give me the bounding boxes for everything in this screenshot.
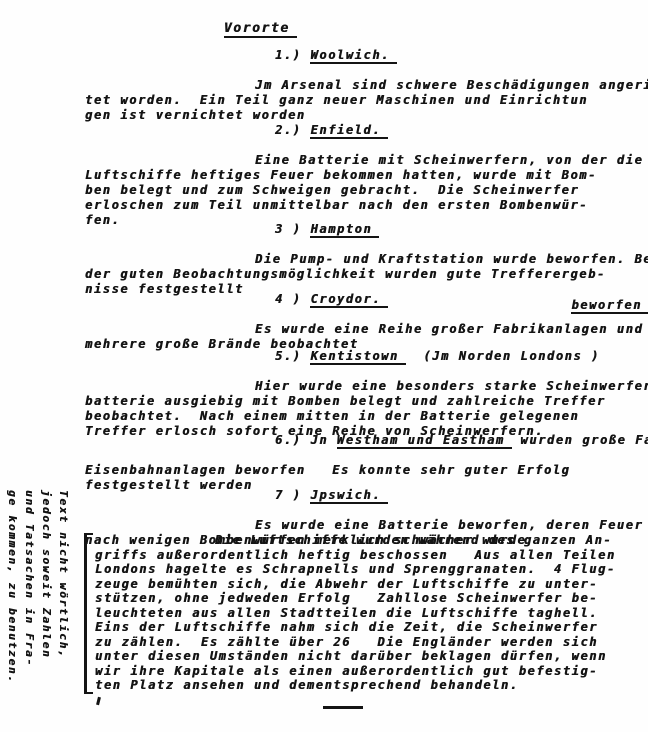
end-rule <box>323 706 363 709</box>
body-line: Die Luftschiffe wurden während des ganze… <box>215 533 648 548</box>
section-number: 7 ) <box>275 488 301 502</box>
section-heading-text: Jpswich. <box>310 488 388 504</box>
body-line: ten Platz ansehen und dementsprechend be… <box>95 678 648 693</box>
section-number: 4 ) <box>275 292 301 306</box>
margin-note-line: ge kommen, zu benutzen. <box>4 490 21 730</box>
document-page: Vororte 1.)Woolwich. Jm Arsenal sind sch… <box>0 0 648 732</box>
body-line: ben belegt und zum Schweigen gebracht. D… <box>85 183 648 198</box>
margin-note: Text nicht wörtlich, jedoch soweit Zahle… <box>0 490 72 730</box>
insertion-annotation: beworfen <box>536 283 648 328</box>
left-bracket <box>84 533 93 694</box>
section-number: 6.) <box>275 433 301 447</box>
body-line: Jm Arsenal sind schwere Beschädigungen a… <box>255 78 648 93</box>
section-heading-text: Woolwich. <box>310 48 396 64</box>
margin-note-line: und Tatsachen in Fra- <box>21 490 38 730</box>
stray-ink-mark <box>96 697 101 705</box>
margin-note-line: Text nicht wörtlich, <box>55 490 72 730</box>
run-in-prefix: Jn <box>310 433 336 447</box>
section-number: 2.) <box>275 123 301 137</box>
section-heading-text: Enfield. <box>310 123 388 139</box>
body-line: leuchteten aus allen Stadtteilen die Luf… <box>95 606 648 621</box>
section-heading: 7 )Jpswich. <box>222 473 648 518</box>
section-heading-text: Hampton <box>310 222 379 238</box>
section-number: 3 ) <box>275 222 301 236</box>
section-number: 1.) <box>275 48 301 62</box>
section-heading-suffix: (Jm Norden Londons ) <box>406 349 600 363</box>
body-line: stützen, ohne jedweden Erfolg Zahllose S… <box>95 591 648 606</box>
body-line: Londons hagelte es Schrapnells und Spren… <box>95 562 648 577</box>
section-heading: 2.)Enfield. <box>222 108 648 153</box>
body-line: batterie ausgiebig mit Bomben belegt und… <box>85 394 648 409</box>
body-line: Hier wurde eine besonders starke Scheinw… <box>255 379 648 394</box>
closing-paragraph: Die Luftschiffe wurden während des ganze… <box>95 533 648 693</box>
section-heading: 1.)Woolwich. <box>222 33 648 78</box>
body-line: Luftschiffe heftiges Feuer bekommen hatt… <box>85 168 648 183</box>
section-heading-text: Westham und Eastham <box>337 433 512 449</box>
body-line: Eins der Luftschiffe nahm sich die Zeit,… <box>95 620 648 635</box>
body-line: Eine Batterie mit Scheinwerfern, von der… <box>255 153 648 168</box>
body-line: Die Pump- und Kraftstation wurde beworfe… <box>255 252 648 267</box>
section-heading-text: Kentistown <box>310 349 405 365</box>
body-line: zeuge bemühten sich, die Abwehr der Luft… <box>95 577 648 592</box>
body-line: wir ihre Kapitale als einen außerordentl… <box>95 664 648 679</box>
insertion-annotation-text: beworfen <box>571 298 648 314</box>
body-line: tet worden. Ein Teil ganz neuer Maschine… <box>85 93 648 108</box>
section-heading: 5.)Kentistown (Jm Norden Londons ) <box>222 334 648 379</box>
run-in-rest: wurden große Fabrik-und <box>512 433 648 447</box>
section-heading: 3 )Hampton <box>222 207 648 252</box>
margin-note-line: jedoch soweit Zahlen <box>38 490 55 730</box>
section-heading-text: Croydor. <box>310 292 388 308</box>
section-number: 5.) <box>275 349 301 363</box>
body-line: unter diesen Umständen nicht darüber bek… <box>95 649 648 664</box>
body-line: Es wurde eine Batterie beworfen, deren F… <box>255 518 648 533</box>
section-heading: 6.)Jn Westham und Eastham wurden große F… <box>222 418 648 463</box>
body-line: zu zählen. Es zählte über 26 Die Engländ… <box>95 635 648 650</box>
body-line: griffs außerordentlich heftig beschossen… <box>95 548 648 563</box>
